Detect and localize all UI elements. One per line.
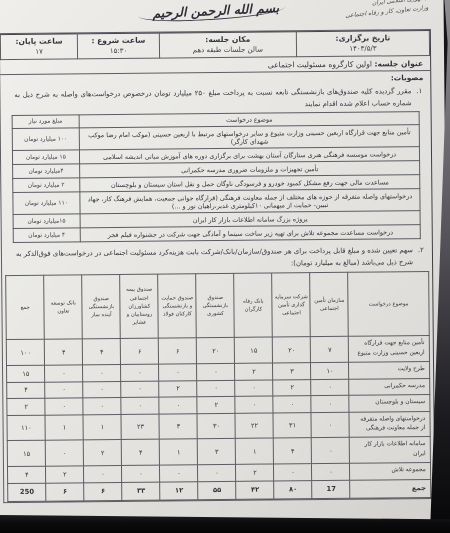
value-cell: ۱ — [45, 414, 83, 440]
column-header-refah-bank: بانک رفاه کارگران — [234, 273, 273, 337]
value-cell: ۲ — [7, 398, 45, 415]
value-cell: ۶ — [159, 338, 197, 364]
meeting-location-value: سالن جلسات طبقه دهم — [162, 45, 294, 54]
request-subject: سیستان و بلوچستان — [349, 395, 429, 412]
start-time-cell: ساعت شروع : ۱۵:۳۰ — [78, 33, 160, 59]
value-cell: ۰ — [159, 397, 197, 414]
value-cell: ۰ — [312, 464, 350, 481]
value-cell: ۶ — [121, 338, 159, 364]
request-subject: تأمین منابع جهت قرارگاه اربعین حسینی وزا… — [349, 336, 430, 363]
value-cell: ۰ — [274, 464, 312, 481]
amount-column-header: مبلغ مورد نیاز — [12, 115, 79, 129]
value-cell: ۱۰۰ — [6, 339, 44, 365]
value-cell: ۴ — [274, 438, 312, 464]
request-amount: ۴ میلیارد تومان — [13, 228, 80, 243]
request-subject: تأمین منابع جهت قرارگاه اربعین حسینی وزا… — [79, 125, 419, 150]
total-value-cell: ۵۵ — [198, 481, 236, 499]
value-cell: ۲۲ — [235, 412, 273, 438]
column-header-total: جمع — [6, 276, 45, 340]
photo-background: جمهوری اسلامی ایران وزارت تعاون، کار و ر… — [0, 0, 450, 533]
value-cell: ۳۱ — [273, 412, 311, 438]
item-1-number: ۱. — [416, 85, 422, 97]
value-cell: ۱ — [83, 414, 121, 440]
request-amount: ۱۱۰ میلیارد تومان — [13, 192, 80, 215]
totals-label: جمع — [350, 479, 430, 498]
total-value-cell: ۳۳ — [122, 482, 160, 500]
value-cell: ۲ — [159, 380, 197, 397]
total-value-cell: ۸۰ — [274, 480, 312, 498]
meeting-date-cell: تاریخ برگزاری: ۱۴۰۳/۵/۳ — [296, 30, 429, 56]
fund-allocation-table: موضوع درخواست سازمان تأمین اجتماعی شرکت … — [5, 271, 431, 501]
start-time-label: ساعت شروع : — [80, 36, 157, 46]
request-amount: ۱۵ میلیارد تومان — [12, 150, 79, 165]
value-cell: ۰ — [311, 412, 349, 438]
value-cell: ۰ — [197, 364, 235, 381]
column-header-tose-taavon-bank: بانک توسعه تعاون — [44, 275, 83, 339]
request-subject: طرح ولایت — [349, 362, 429, 379]
end-time-cell: ساعت پایان: ۱۷ — [0, 34, 77, 60]
value-cell: ۰ — [45, 381, 83, 398]
value-cell: ۰ — [121, 397, 159, 414]
column-header-civil-pension-fund: صندوق بازنشستگی کشوری — [196, 274, 235, 338]
item-2-number: ۲. — [418, 244, 424, 256]
value-cell: ۲۳ — [121, 414, 159, 440]
value-cell: ۴ — [83, 339, 121, 365]
value-cell: ۰ — [121, 364, 159, 381]
value-cell: ۰ — [198, 465, 236, 482]
document-page: جمهوری اسلامی ایران وزارت تعاون، کار و ر… — [0, 0, 449, 525]
table-row: سامانه اطلاعات بازار کار ایران ۰ ۴ ۱ ۳ ۱… — [7, 437, 430, 467]
value-cell: ۱۵ — [7, 365, 45, 382]
ministry-letterhead: جمهوری اسلامی ایران وزارت تعاون، کار و ر… — [343, 0, 428, 21]
value-cell: ۳ — [273, 363, 311, 380]
value-cell: ۱۱۰ — [7, 415, 45, 441]
value-cell: ۳۰ — [197, 413, 235, 439]
request-amount: ۲ میلیارد تومان — [12, 178, 79, 193]
value-cell: ۰ — [84, 466, 122, 483]
value-cell: ۰ — [235, 380, 273, 397]
column-header-subject: موضوع درخواست — [348, 272, 429, 337]
form-frame: تاریخ برگزاری: ۱۴۰۳/۵/۳ مکان جلسه: سالن … — [0, 29, 435, 503]
value-cell: ۲۰ — [197, 338, 235, 364]
table-row: درخواستهای واصله متفرقه از جمله معاونت ف… — [7, 411, 430, 441]
total-value-cell: ۱۲ — [160, 481, 198, 499]
meeting-meta-table: تاریخ برگزاری: ۱۴۰۳/۵/۳ مکان جلسه: سالن … — [0, 30, 430, 60]
column-header-social-security-org: سازمان تأمین اجتماعی — [310, 273, 349, 337]
end-time-value: ۱۷ — [3, 47, 75, 56]
value-cell: ۲۰ — [273, 337, 311, 363]
value-cell: ۱ — [236, 438, 274, 464]
column-header-steel-pension-fund: صندوق حمایت و بازنشستگی کارکنان فولاد — [158, 274, 197, 338]
value-cell: ۱۵ — [7, 441, 45, 467]
value-cell: ۰ — [121, 381, 159, 398]
meeting-title-value: اولین کارگروه مسئولیت اجتماعی — [268, 60, 372, 70]
resolution-item-1: ۱. مقرر گردیده کلیه صندوق‌های بازنشستگی … — [14, 85, 422, 113]
value-cell: ۲ — [46, 466, 84, 483]
totals-row: جمع 17 ۸۰ ۴۲ ۵۵ ۱۲ ۳۳ ۶ ۶ 250 — [8, 479, 431, 501]
value-cell: ۱۵ — [235, 337, 273, 363]
total-value-cell: 250 — [8, 483, 46, 501]
value-cell: ۰ — [159, 364, 197, 381]
value-cell: ۰ — [122, 465, 160, 482]
request-subject: درخواستهای واصله متفرقه از حوزه های مختل… — [80, 189, 420, 214]
value-cell: ۰ — [311, 395, 349, 412]
value-cell: ۲ — [235, 363, 273, 380]
request-subject: درخواستهای واصله متفرقه از جمله معاونت ف… — [349, 411, 430, 438]
request-subject: مدرسه حکمرانی — [349, 378, 429, 395]
table-row: تأمین منابع جهت قرارگاه اربعین حسینی وزا… — [6, 336, 429, 366]
value-cell: ۲ — [273, 379, 311, 396]
value-cell: ۰ — [311, 379, 349, 396]
meeting-date-label: تاریخ برگزاری: — [299, 33, 427, 43]
table-header-row: موضوع درخواست سازمان تأمین اجتماعی شرکت … — [6, 272, 429, 340]
meeting-date-value: ۱۴۰۳/۵/۳ — [299, 44, 427, 53]
column-header-ayandehsaz-fund: صندوق بازنشستگی آینده ساز — [82, 275, 121, 339]
request-subject: سامانه اطلاعات بازار کار ایران — [350, 437, 431, 464]
value-cell: ۳ — [198, 439, 236, 465]
value-cell: ۱۰ — [311, 362, 349, 379]
value-cell: ۴ — [8, 466, 46, 483]
item-2-text: سهم تعیین شده و مبلغ قابل پرداخت برای هر… — [16, 246, 413, 267]
value-cell: ۱ — [160, 439, 198, 465]
value-cell: ۰ — [45, 365, 83, 382]
total-value-cell: 17 — [312, 480, 350, 498]
table-row: درخواست مساعدت مجموعه تلاش برای تهیه زیر… — [13, 225, 421, 243]
value-cell: ۰ — [45, 398, 83, 415]
value-cell: ۰ — [46, 440, 84, 466]
value-cell: ۲ — [197, 396, 235, 413]
request-amount: ۱۰۰ میلیارد تومان — [12, 128, 79, 151]
item-1-text: مقرر گردیده کلیه صندوق‌های بازنشستگی تاب… — [14, 87, 411, 108]
value-cell: ۰ — [160, 465, 198, 482]
meeting-location-cell: مکان جلسه: سالن جلسات طبقه دهم — [159, 32, 296, 58]
value-cell: ۰ — [83, 381, 121, 398]
request-subject: درخواست مساعدت مجموعه تلاش برای تهیه زیر… — [80, 225, 420, 242]
resolution-item-2: ۲. سهم تعیین شده و مبلغ قابل پرداخت برای… — [16, 244, 424, 272]
value-cell: ۲ — [236, 464, 274, 481]
total-value-cell: ۴۲ — [236, 481, 274, 499]
value-cell: ۷ — [311, 337, 349, 363]
request-subject: مجموعه تلاش — [350, 463, 430, 480]
meta-row: تاریخ برگزاری: ۱۴۰۳/۵/۳ مکان جلسه: سالن … — [0, 30, 429, 59]
value-cell: ۰ — [83, 398, 121, 415]
meeting-location-label: مکان جلسه: — [162, 34, 294, 44]
bismillah-calligraphy: بسم الله الرحمن الرحیم — [138, 0, 285, 23]
value-cell: ۰ — [235, 396, 273, 413]
request-amount: ۴میلیارد تومان — [12, 164, 79, 179]
value-cell: ۴ — [122, 439, 160, 465]
end-time-label: ساعت پایان: — [3, 36, 75, 46]
value-cell: ۴ — [45, 339, 83, 365]
request-amount: ۱۵میلیارد تومان — [13, 214, 80, 229]
value-cell: ۴ — [7, 382, 45, 399]
value-cell: ۳ — [159, 413, 197, 439]
meeting-title-label: عنوان جلسه: — [374, 59, 423, 68]
value-cell: ۰ — [273, 396, 311, 413]
value-cell: ۰ — [197, 380, 235, 397]
value-cell: ۰ — [83, 365, 121, 382]
value-cell: ۲ — [84, 440, 122, 466]
requests-amount-table: موضوع درخواست مبلغ مورد نیاز تأمین منابع… — [11, 111, 421, 243]
column-header-investment-company: شرکت سرمایه گذاری تأمین اجتماعی — [272, 273, 311, 337]
total-value-cell: ۶ — [46, 483, 84, 501]
column-header-farmers-insurance-fund: صندوق بیمه اجتماعی کشاورزان روستاییان و … — [120, 274, 159, 338]
value-cell: ۰ — [312, 438, 350, 464]
total-value-cell: ۶ — [84, 482, 122, 500]
start-time-value: ۱۵:۳۰ — [80, 47, 157, 56]
